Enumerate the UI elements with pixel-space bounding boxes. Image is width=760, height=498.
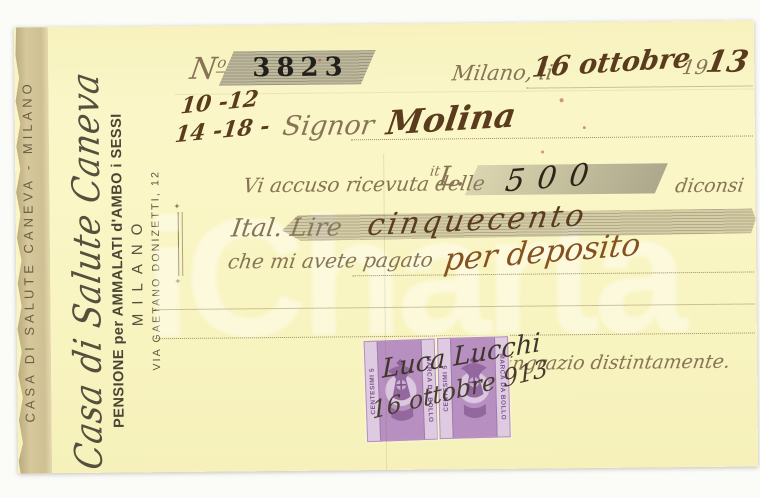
paid-label: che mi avete pagato <box>226 248 434 274</box>
currency-symbol: itL. <box>427 161 468 192</box>
number-value: 3823 <box>252 52 349 83</box>
stain-speck <box>560 98 564 102</box>
stain-speck <box>318 59 321 62</box>
date-handwritten: 16 ottobre <box>530 43 693 84</box>
letterhead: Casa di Salute Caneva PENSIONE per AMMAL… <box>50 52 182 474</box>
document-paper: CASA DI SALUTE CANEVA - MILANO Casa di S… <box>14 20 758 473</box>
recipient-name: Molina <box>384 95 519 142</box>
scanned-receipt: CASA DI SALUTE CANEVA - MILANO Casa di S… <box>0 0 760 498</box>
stub-text: CASA DI SALUTE CANEVA - MILANO <box>20 80 38 422</box>
letterhead-address: VIA GAETANO DONIZETTI, 12 <box>149 170 163 371</box>
year-handwritten: 13 <box>703 44 751 79</box>
diconsi-label: diconsi <box>674 175 746 198</box>
paper-crease <box>175 88 755 95</box>
letterhead-pension-line: PENSIONE per AMMALATI d'AMBO i SESSI <box>109 113 128 428</box>
stain-speck <box>541 150 544 153</box>
blank-rule-1 <box>155 302 755 310</box>
stain-speck <box>583 126 586 129</box>
letterhead-city: MILANO <box>129 215 147 327</box>
letterhead-name: Casa di Salute Caneva <box>66 69 108 472</box>
counterfoil-stub: CASA DI SALUTE CANEVA - MILANO <box>14 23 52 473</box>
letterhead-divider-ornament <box>178 212 184 276</box>
